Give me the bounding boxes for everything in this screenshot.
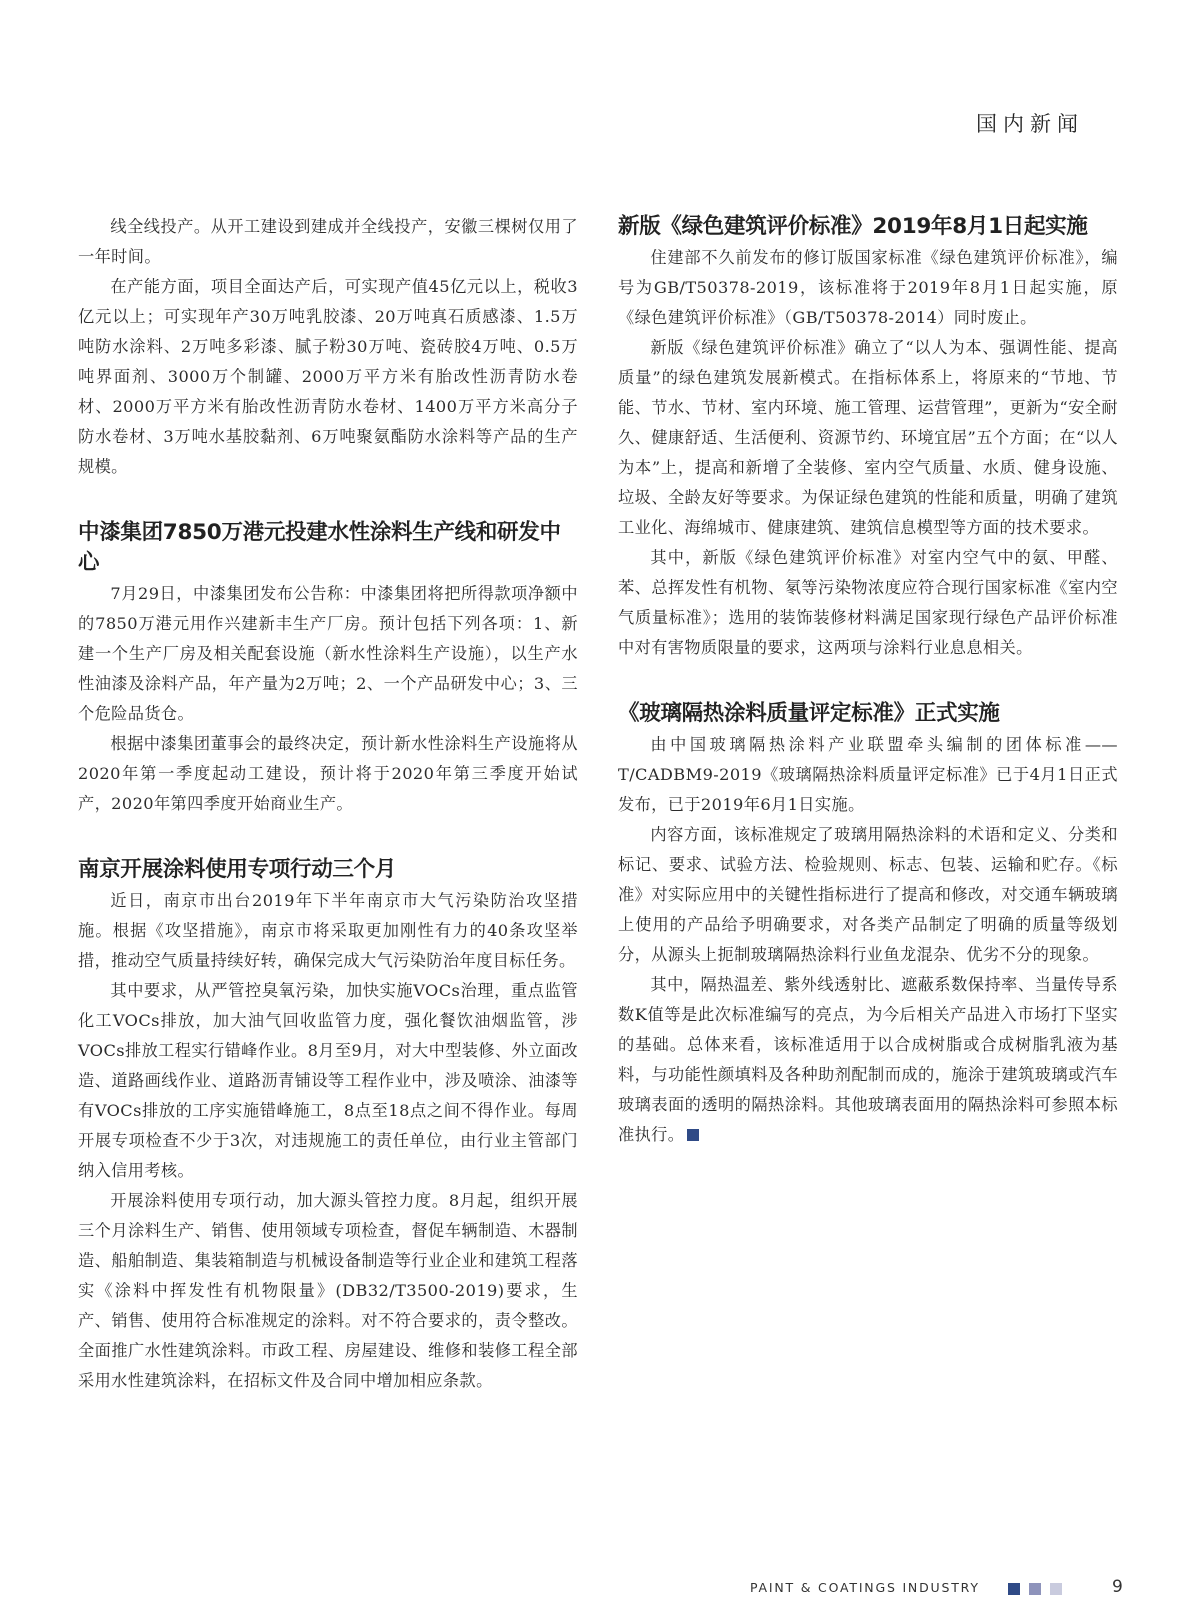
paragraph: 住建部不久前发布的修订版国家标准《绿色建筑评价标准》，编号为GB/T50378-… bbox=[618, 243, 1118, 333]
paragraph: 在产能方面，项目全面达产后，可实现产值45亿元以上，税收3亿元以上；可实现年产3… bbox=[78, 272, 578, 482]
left-column: 线全线投产。从开工建设到建成并全线投产，安徽三棵树仅用了一年时间。 在产能方面，… bbox=[78, 212, 578, 1396]
paragraph: 新版《绿色建筑评价标准》确立了“以人为本、强调性能、提高质量”的绿色建筑发展新模… bbox=[618, 333, 1118, 543]
magazine-name: PAINT & COATINGS INDUSTRY bbox=[750, 1580, 980, 1595]
section-label: 国内新闻 bbox=[976, 108, 1084, 138]
page-footer: PAINT & COATINGS INDUSTRY 9 bbox=[750, 1578, 1130, 1602]
decorative-square-icon bbox=[1008, 1583, 1020, 1595]
article-green-building: 新版《绿色建筑评价标准》2019年8月1日起实施 住建部不久前发布的修订版国家标… bbox=[618, 212, 1118, 663]
paragraph: 线全线投产。从开工建设到建成并全线投产，安徽三棵树仅用了一年时间。 bbox=[78, 212, 578, 272]
article-headline: 南京开展涂料使用专项行动三个月 bbox=[78, 855, 578, 885]
paragraph-text: 其中，隔热温差、紫外线透射比、遮蔽系数保持率、当量传导系数K值等是此次标准编写的… bbox=[618, 975, 1118, 1144]
paragraph: 开展涂料使用专项行动，加大源头管控力度。8月起，组织开展三个月涂料生产、销售、使… bbox=[78, 1186, 578, 1396]
article-headline: 《玻璃隔热涂料质量评定标准》正式实施 bbox=[618, 699, 1118, 729]
paragraph: 近日，南京市出台2019年下半年南京市大气污染防治攻坚措施。根据《攻坚措施》，南… bbox=[78, 886, 578, 976]
paragraph: 其中，隔热温差、紫外线透射比、遮蔽系数保持率、当量传导系数K值等是此次标准编写的… bbox=[618, 970, 1118, 1150]
end-mark-icon bbox=[687, 1129, 699, 1141]
decorative-square-icon bbox=[1050, 1583, 1062, 1595]
paragraph: 其中要求，从严管控臭氧污染，加快实施VOCs治理，重点监管化工VOCs排放，加大… bbox=[78, 976, 578, 1186]
article-glass-coating: 《玻璃隔热涂料质量评定标准》正式实施 由中国玻璃隔热涂料产业联盟牵头编制的团体标… bbox=[618, 699, 1118, 1150]
page-number: 9 bbox=[1112, 1577, 1123, 1597]
article-headline: 新版《绿色建筑评价标准》2019年8月1日起实施 bbox=[618, 212, 1118, 242]
paragraph: 7月29日，中漆集团发布公告称：中漆集团将把所得款项净额中的7850万港元用作兴… bbox=[78, 579, 578, 729]
article-zhongqi: 中漆集团7850万港元投建水性涂料生产线和研发中心 7月29日，中漆集团发布公告… bbox=[78, 518, 578, 819]
paragraph: 根据中漆集团董事会的最终决定，预计新水性涂料生产设施将从2020年第一季度起动工… bbox=[78, 729, 578, 819]
paragraph: 由中国玻璃隔热涂料产业联盟牵头编制的团体标准——T/CADBM9-2019《玻璃… bbox=[618, 730, 1118, 820]
article-headline: 中漆集团7850万港元投建水性涂料生产线和研发中心 bbox=[78, 518, 578, 578]
article-nanjing: 南京开展涂料使用专项行动三个月 近日，南京市出台2019年下半年南京市大气污染防… bbox=[78, 855, 578, 1396]
article-continued: 线全线投产。从开工建设到建成并全线投产，安徽三棵树仅用了一年时间。 在产能方面，… bbox=[78, 212, 578, 482]
paragraph: 其中，新版《绿色建筑评价标准》对室内空气中的氨、甲醛、苯、总挥发性有机物、氡等污… bbox=[618, 543, 1118, 663]
right-column: 新版《绿色建筑评价标准》2019年8月1日起实施 住建部不久前发布的修订版国家标… bbox=[618, 212, 1118, 1150]
paragraph: 内容方面，该标准规定了玻璃用隔热涂料的术语和定义、分类和标记、要求、试验方法、检… bbox=[618, 820, 1118, 970]
decorative-square-icon bbox=[1029, 1583, 1041, 1595]
